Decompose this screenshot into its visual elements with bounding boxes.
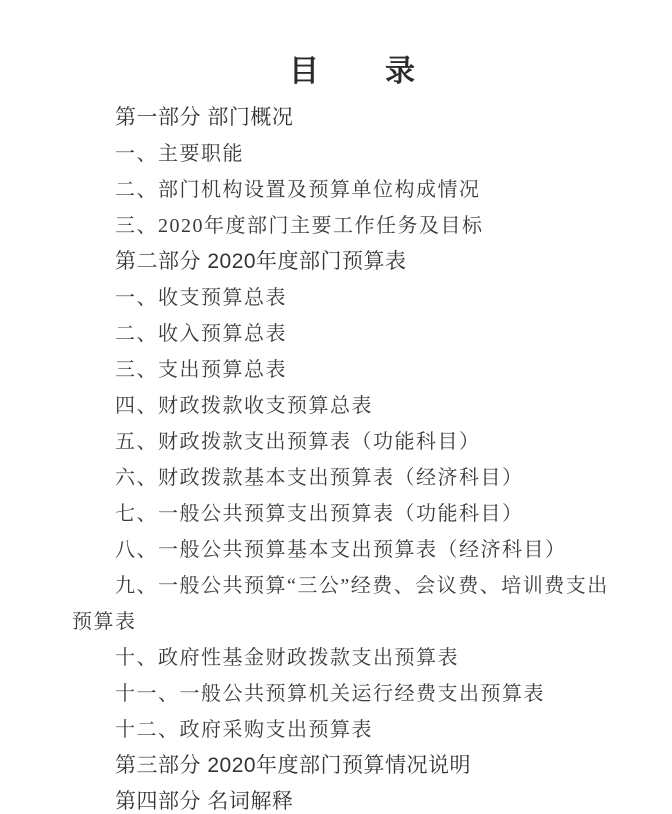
toc-item: 十二、政府采购支出预算表 (72, 712, 644, 748)
page-title-char: 目 (289, 52, 319, 92)
toc-part-heading: 第二部分 2020年度部门预算表 (72, 244, 644, 280)
document-page: 目 录 第一部分 部门概况一、主要职能二、部门机构设置及预算单位构成情况三、20… (0, 0, 672, 814)
toc-item: 三、支出预算总表 (72, 352, 644, 388)
toc-item-continuation: 预算表 (72, 604, 644, 640)
toc-part-heading: 第三部分 2020年度部门预算情况说明 (72, 748, 644, 784)
toc-item: 二、收入预算总表 (72, 316, 644, 352)
toc-item: 十、政府性基金财政拨款支出预算表 (72, 640, 644, 676)
table-of-contents: 第一部分 部门概况一、主要职能二、部门机构设置及预算单位构成情况三、2020年度… (0, 100, 672, 814)
toc-item: 六、财政拨款基本支出预算表（经济科目） (72, 460, 644, 496)
toc-item: 七、一般公共预算支出预算表（功能科目） (72, 496, 644, 532)
page-title: 目 录 (0, 52, 672, 92)
toc-item: 八、一般公共预算基本支出预算表（经济科目） (72, 532, 644, 568)
toc-item: 一、收支预算总表 (72, 280, 644, 316)
toc-part-heading: 第一部分 部门概况 (72, 100, 644, 136)
page-title-char: 录 (385, 52, 415, 92)
toc-item: 四、财政拨款收支预算总表 (72, 388, 644, 424)
toc-item: 三、2020年度部门主要工作任务及目标 (72, 208, 644, 244)
toc-item: 二、部门机构设置及预算单位构成情况 (72, 172, 644, 208)
toc-part-heading: 第四部分 名词解释 (72, 784, 644, 814)
toc-item: 十一、一般公共预算机关运行经费支出预算表 (72, 676, 644, 712)
toc-item: 五、财政拨款支出预算表（功能科目） (72, 424, 644, 460)
toc-item: 九、一般公共预算“三公”经费、会议费、培训费支出 (72, 568, 644, 604)
toc-item: 一、主要职能 (72, 136, 644, 172)
